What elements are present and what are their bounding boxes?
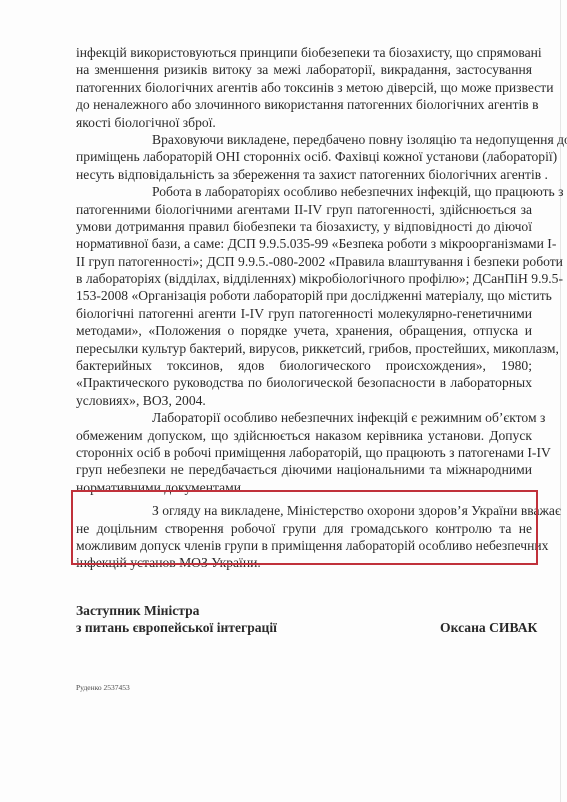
conclusion-highlight-box <box>71 490 538 565</box>
text-line: в лабораторіях (відділах, відділеннях) м… <box>76 270 532 287</box>
text-line: патогенними біологічними агентами II-IV … <box>76 201 532 218</box>
text-line: Робота в лабораторіях особливо небезпечн… <box>76 183 532 200</box>
text-line: груп небезпеки не передбачається діючими… <box>76 461 532 478</box>
signatory-title: Заступник Міністра з питань європейської… <box>76 602 277 637</box>
text-line: 153-2008 «Організація роботи лабораторій… <box>76 287 532 304</box>
text-line: умови дотримання правил біобезпеки та бі… <box>76 218 532 235</box>
signatory-title-line2: з питань європейської інтеграції <box>76 619 277 636</box>
text-line: інфекцій використовуються принципи біобе… <box>76 44 532 61</box>
text-line: патогенних біологічних агентів або токси… <box>76 79 532 96</box>
signatory-name: Оксана СИВАК <box>440 619 537 636</box>
text-line: якості біологічної зброї. <box>76 114 532 131</box>
text-line: II груп патогенності»; ДСП 9.9.5.-080-20… <box>76 253 532 270</box>
text-line: нормативної бази, а саме: ДСП 9.9.5.035-… <box>76 235 532 252</box>
paragraph-biosafety-principles: інфекцій використовуються принципи біобе… <box>76 44 532 131</box>
text-line: приміщень лабораторій ОНІ сторонніх осіб… <box>76 148 532 165</box>
text-line: условиях», ВОЗ, 2004. <box>76 392 532 409</box>
text-line: методами», «Положения о порядке учета, х… <box>76 322 532 339</box>
text-line: обмеженим допуском, що здійснюється нака… <box>76 427 532 444</box>
text-line: біологічні патогенні агенти I-IV груп па… <box>76 305 532 322</box>
text-line: на зменшення ризиків витоку за межі лабо… <box>76 61 532 78</box>
text-line: несуть відповідальність за збереження та… <box>76 166 532 183</box>
text-line: до неналежного або злочинного використан… <box>76 96 532 113</box>
executor-note: Руденко 2537453 <box>76 683 130 692</box>
text-line: пересылки культур бактерий, вирусов, рик… <box>76 340 532 357</box>
page-edge-line <box>560 0 561 802</box>
text-line: сторонніх осіб в робочі приміщення лабор… <box>76 444 532 461</box>
signatory-title-line1: Заступник Міністра <box>76 602 277 619</box>
paragraph-isolation: Враховуючи викладене, передбачено повну … <box>76 131 532 183</box>
text-line: Враховуючи викладене, передбачено повну … <box>76 131 532 148</box>
paragraph-restricted-access: Лабораторії особливо небезпечних інфекці… <box>76 409 532 496</box>
document-page: інфекцій використовуються принципи біобе… <box>0 0 567 802</box>
text-line: Лабораторії особливо небезпечних інфекці… <box>76 409 532 426</box>
paragraph-regulations: Робота в лабораторіях особливо небезпечн… <box>76 183 532 409</box>
text-line: «Практического руководства по биологичес… <box>76 374 532 391</box>
text-line: бактерийных токсинов, ядов биологическог… <box>76 357 532 374</box>
